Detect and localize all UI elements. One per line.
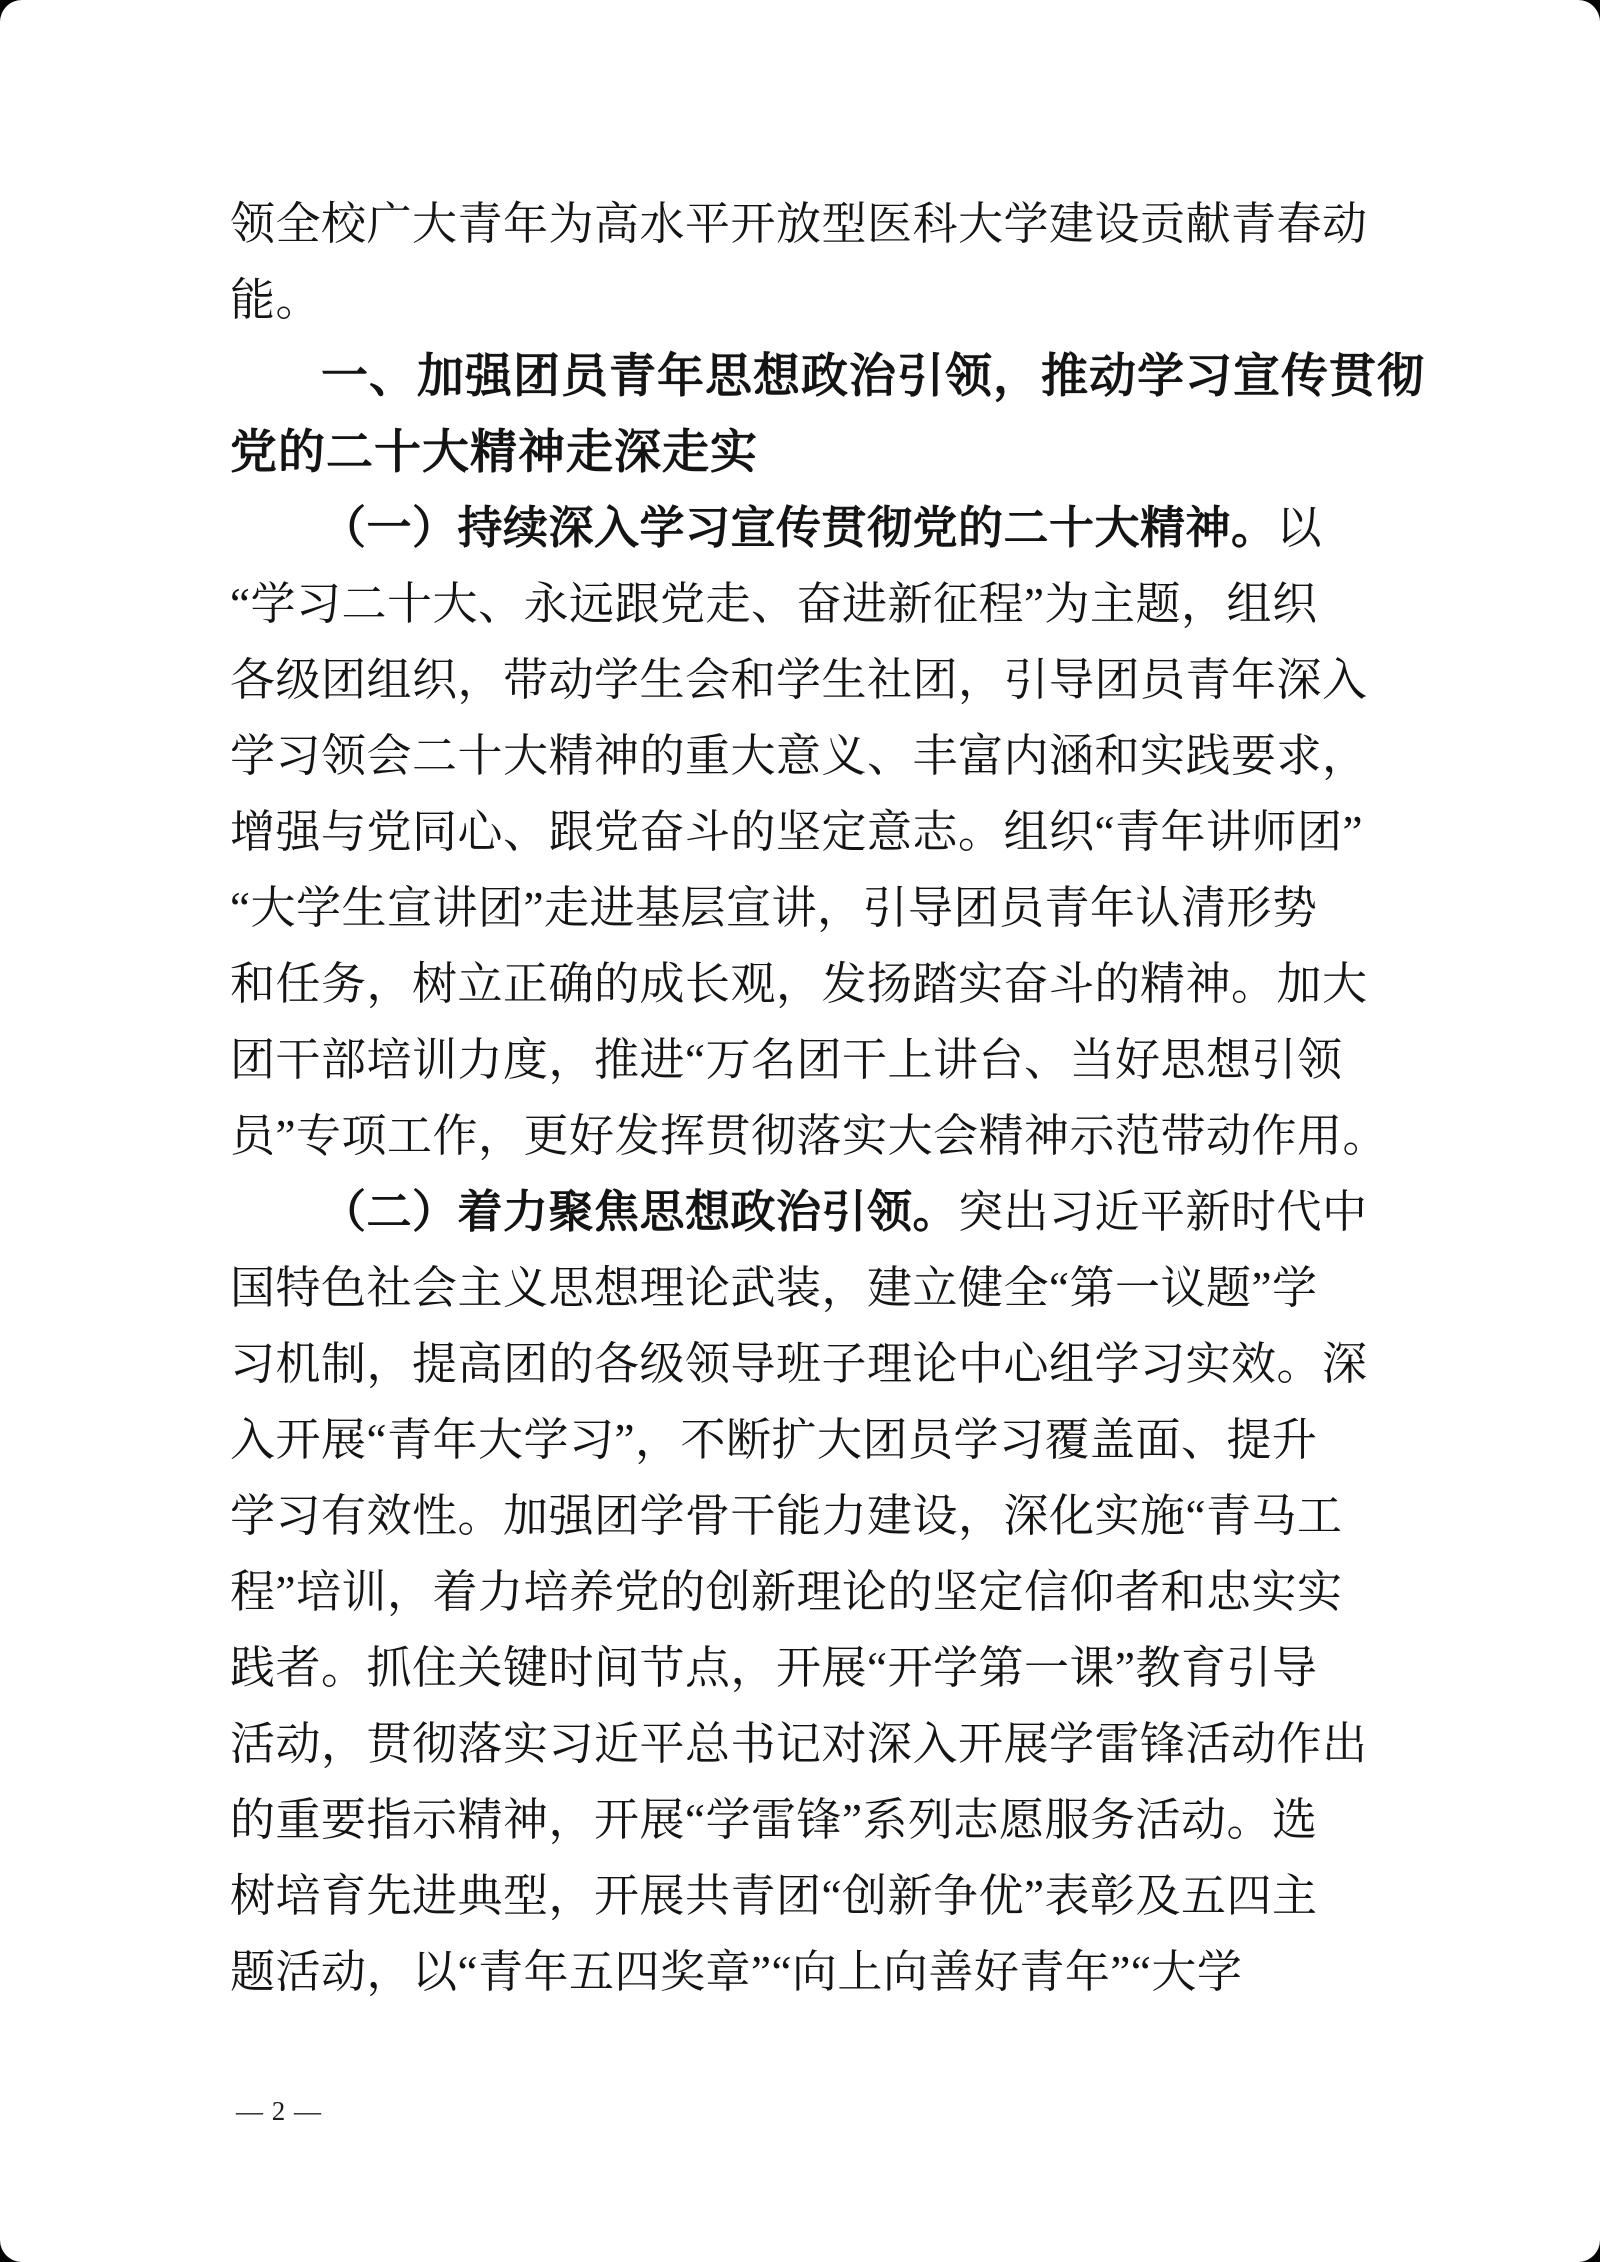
page-number: — 2 — [236,2096,322,2126]
document-line: （二）着力聚焦思想政治引领。突出习近平新时代中 [230,1174,1380,1250]
text-segment: 学习领会二十大精神的重大意义、丰富内涵和实践要求， [230,731,1368,781]
section-heading-line: 一、加强团员青年思想政治引领，推动学习宣传贯彻 [230,338,1380,414]
text-segment: 国特色社会主义思想理论武装，建立健全“第一议题”学 [230,1263,1317,1313]
document-line: 的重要指示精神，开展“学雷锋”系列志愿服务活动。选 [230,1782,1380,1858]
document-line: 学习领会二十大精神的重大意义、丰富内涵和实践要求， [230,718,1380,794]
text-segment: 突出习近平新时代中 [958,1187,1368,1237]
document-line: 能。 [230,262,1380,338]
text-segment: “学习二十大、永远跟党走、奋进新征程”为主题，组织 [230,579,1317,629]
text-segment: 的重要指示精神，开展“学雷锋”系列志愿服务活动。选 [230,1795,1317,1845]
document-line: 习机制，提高团的各级领导班子理论中心组学习实效。深 [230,1326,1380,1402]
text-segment: 各级团组织，带动学生会和学生社团，引导团员青年深入 [230,655,1368,705]
document-line: “大学生宣讲团”走进基层宣讲，引导团员青年认清形势 [230,870,1380,946]
text-segment: 以 [1277,503,1323,553]
document-line: 程”培训，着力培养党的创新理论的坚定信仰者和忠实实 [230,1554,1380,1630]
text-segment: 题活动，以“青年五四奖章”“向上向善好青年”“大学 [230,1947,1242,1997]
document-line: 各级团组织，带动学生会和学生社团，引导团员青年深入 [230,642,1380,718]
text-segment: 领全校广大青年为高水平开放型医科大学建设贡献青春动 [230,199,1368,249]
section-heading-line: 党的二十大精神走深走实 [230,414,1380,490]
text-segment: 团干部培训力度，推进“万名团干上讲台、当好思想引领 [230,1035,1342,1085]
document-line: 题活动，以“青年五四奖章”“向上向善好青年”“大学 [230,1934,1380,2010]
text-segment: 入开展“青年大学习”，不断扩大团员学习覆盖面、提升 [230,1415,1317,1465]
page-footer: — 2 — [236,2094,322,2128]
bold-text-segment: 党的二十大精神走深走实 [230,425,758,478]
text-segment: “大学生宣讲团”走进基层宣讲，引导团员青年认清形势 [230,883,1317,933]
document-line: 学习有效性。加强团学骨干能力建设，深化实施“青马工 [230,1478,1380,1554]
document-line: （一）持续深入学习宣传贯彻党的二十大精神。以 [230,490,1380,566]
text-segment: 树培育先进典型，开展共青团“创新争优”表彰及五四主 [230,1871,1317,1921]
text-segment: 程”培训，着力培养党的创新理论的坚定信仰者和忠实实 [230,1567,1342,1617]
document-page: 领全校广大青年为高水平开放型医科大学建设贡献青春动能。一、加强团员青年思想政治引… [0,0,1600,2262]
document-body: 领全校广大青年为高水平开放型医科大学建设贡献青春动能。一、加强团员青年思想政治引… [230,186,1380,2010]
text-segment: 践者。抓住关键时间节点，开展“开学第一课”教育引导 [230,1643,1317,1693]
text-segment: 员”专项工作，更好发挥贯彻落实大会精神示范带动作用。 [230,1111,1388,1161]
document-line: 员”专项工作，更好发挥贯彻落实大会精神示范带动作用。 [230,1098,1380,1174]
text-segment: 和任务，树立正确的成长观，发扬踏实奋斗的精神。加大 [230,959,1368,1009]
document-line: 树培育先进典型，开展共青团“创新争优”表彰及五四主 [230,1858,1380,1934]
document-line: 领全校广大青年为高水平开放型医科大学建设贡献青春动 [230,186,1380,262]
bold-text-segment: （二）着力聚焦思想政治引领。 [321,1187,958,1237]
bold-text-segment: 一、加强团员青年思想政治引领，推动学习宣传贯彻 [321,349,1425,402]
document-line: 和任务，树立正确的成长观，发扬踏实奋斗的精神。加大 [230,946,1380,1022]
bold-text-segment: （一）持续深入学习宣传贯彻党的二十大精神。 [321,503,1277,553]
document-line: 活动，贯彻落实习近平总书记对深入开展学雷锋活动作出 [230,1706,1380,1782]
text-segment: 习机制，提高团的各级领导班子理论中心组学习实效。深 [230,1339,1368,1389]
document-line: 团干部培训力度，推进“万名团干上讲台、当好思想引领 [230,1022,1380,1098]
document-line: 入开展“青年大学习”，不断扩大团员学习覆盖面、提升 [230,1402,1380,1478]
document-line: 践者。抓住关键时间节点，开展“开学第一课”教育引导 [230,1630,1380,1706]
document-line: 国特色社会主义思想理论武装，建立健全“第一议题”学 [230,1250,1380,1326]
text-segment: 活动，贯彻落实习近平总书记对深入开展学雷锋活动作出 [230,1719,1368,1769]
document-line: 增强与党同心、跟党奋斗的坚定意志。组织“青年讲师团” [230,794,1380,870]
document-line: “学习二十大、永远跟党走、奋进新征程”为主题，组织 [230,566,1380,642]
text-segment: 能。 [230,275,321,325]
text-segment: 增强与党同心、跟党奋斗的坚定意志。组织“青年讲师团” [230,807,1363,857]
text-segment: 学习有效性。加强团学骨干能力建设，深化实施“青马工 [230,1491,1342,1541]
